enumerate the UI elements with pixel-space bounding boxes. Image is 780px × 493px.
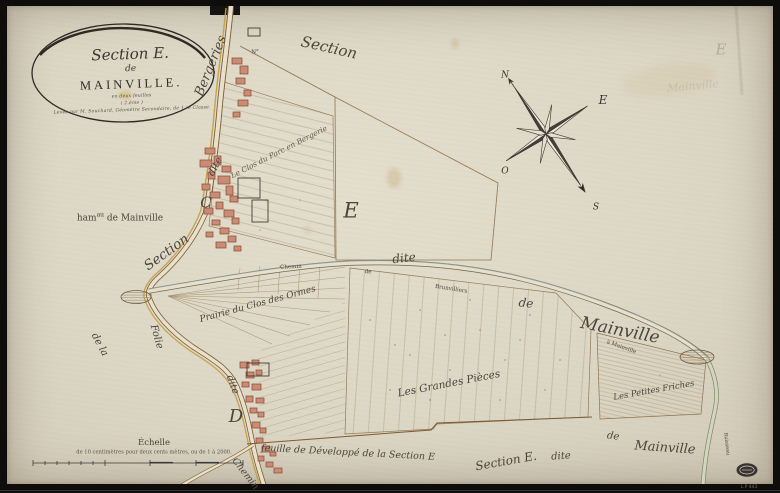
title-cartouche: Section E. de MAINVILLE. en deux feuille… (39, 25, 222, 133)
scale-title: Échelle (138, 439, 170, 448)
label-section-letter-d: D (229, 408, 243, 426)
compass-rose-icon (469, 50, 627, 218)
pond-west-icon (121, 291, 151, 304)
stream-ruisseau (703, 359, 717, 484)
frame-edge-highlight (0, 490, 780, 491)
compass-south-label: S (593, 204, 599, 213)
label-chemin-road: Chemin (280, 265, 302, 272)
field-grandes-pieces (345, 268, 591, 434)
label-de-mid: de (518, 296, 534, 309)
label-mainville-bottom: Mainville (634, 439, 696, 456)
field-village-south-strips (258, 302, 345, 438)
compass-east-label: E (599, 94, 608, 106)
scale-subtitle: de 10 centimètres pour deux cents mètres… (76, 450, 232, 455)
section-title-de: de (125, 64, 136, 74)
label-section-letter-e: E (343, 201, 358, 222)
label-dite-mid: dite (392, 251, 417, 265)
road-village-south (144, 297, 266, 484)
compass-north-label: N (501, 72, 509, 81)
scale-bar (33, 460, 243, 466)
cartouche-subtitle-3: Levée par M. Souchard, Géomètre Secondai… (53, 105, 210, 115)
label-letter-e-faint: E (716, 43, 727, 58)
label-dite-bottom: dite (551, 451, 571, 462)
pond-east-icon (680, 350, 714, 364)
label-parcel-number: N° (251, 50, 259, 56)
label-hameau: hamau de Mainville (77, 213, 163, 224)
map-sheet: Section E. de MAINVILLE. en deux feuille… (7, 6, 773, 484)
archive-stamp-icon (737, 463, 758, 477)
label-section-letter-c: C (200, 196, 211, 211)
cartouche-subtitle-1: en deux feuilles (112, 93, 152, 99)
label-de-road: de (364, 270, 371, 276)
stamp-number: L.P 443 (741, 485, 758, 490)
label-de-bottom: de (606, 431, 620, 443)
compass-west-label: O (501, 168, 508, 177)
section-title: Section E. (91, 44, 169, 65)
cartouche-subtitle-2: ( 2.ème ) (121, 101, 144, 107)
paper-crease (736, 6, 742, 95)
commune-title: MAINVILLE. (80, 75, 183, 94)
photographed-map-frame: Section E. de MAINVILLE. en deux feuille… (0, 0, 780, 493)
